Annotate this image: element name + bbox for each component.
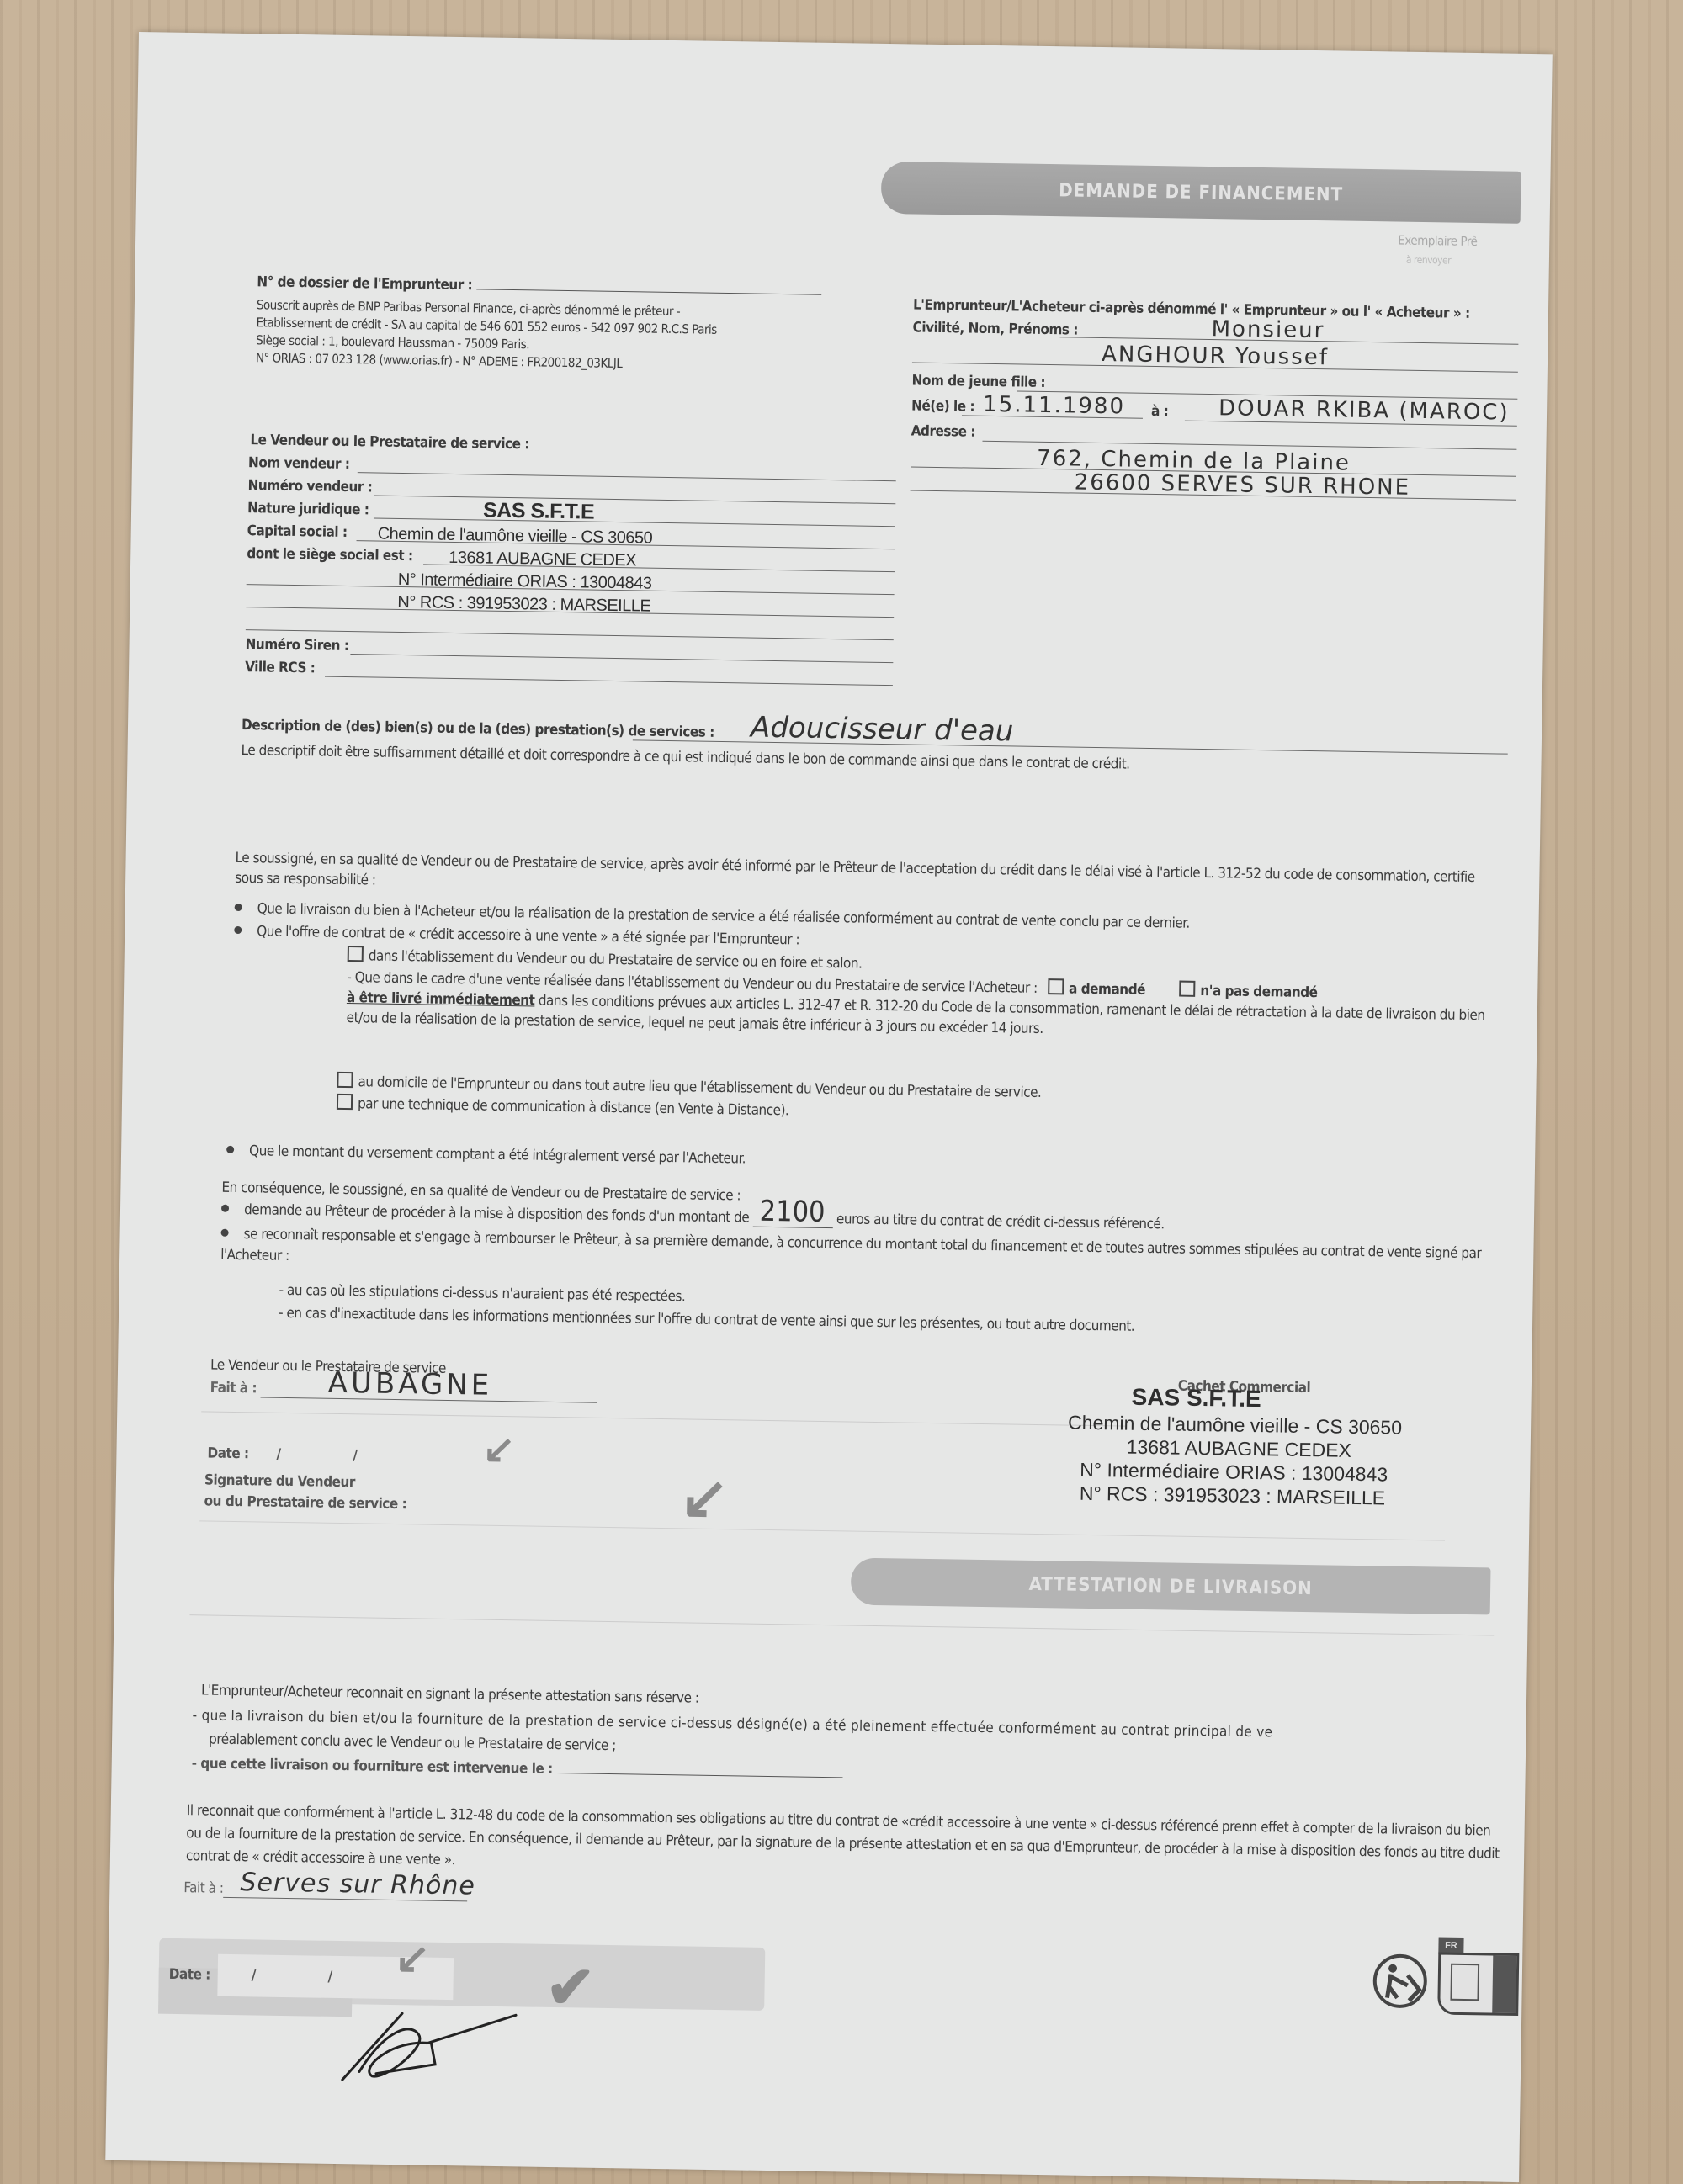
seller-fields: Nom vendeur : Numéro vendeur : Nature ju… — [245, 454, 896, 692]
seller-place-value[interactable]: AUBAGNE — [327, 1366, 492, 1402]
delivery-place-label: Fait à : — [183, 1879, 223, 1897]
borrower-signature — [334, 1996, 538, 2091]
seller-field-label: Nom vendeur : — [248, 454, 350, 473]
bullet-icon — [235, 904, 242, 911]
bin-icon — [1492, 1956, 1516, 2013]
copy-label-text: Exemplaire Prê — [1398, 233, 1477, 249]
dossier-label: N° de dossier de l'Emprunteur : — [257, 273, 821, 300]
seller-field-label: dont le siège social est : — [247, 545, 413, 565]
seller-date-field[interactable]: / / — [276, 1446, 391, 1465]
arrow-down-left-icon: ↙ — [482, 1426, 515, 1472]
arrow-down-left-icon: ↙ — [395, 1933, 431, 1983]
delivery-clause-2-text: - que cette livraison ou fourniture est … — [192, 1755, 553, 1778]
return-label: à renvoyer — [1406, 254, 1451, 267]
delivery-date-label: Date : — [169, 1966, 210, 1984]
description-value[interactable]: Adoucisseur d'eau — [751, 711, 1014, 749]
stamp-line: SAS S.F.T.E — [1131, 1384, 1261, 1413]
option-distance[interactable]: par une technique de communication à dis… — [337, 1094, 789, 1119]
commercial-stamp: Cachet Commercial SAS S.F.T.E Chemin de … — [1033, 1376, 1473, 1525]
civility-value[interactable]: Monsieur — [1211, 316, 1325, 343]
sub-clause: - Que dans le cadre d'une vente réalisée… — [346, 967, 1500, 1047]
civility-label: Civilité, Nom, Prénoms : — [912, 319, 1078, 338]
seller-field-label: Numéro Siren : — [245, 636, 348, 655]
bullet-icon — [221, 1205, 229, 1212]
stamp-line: Chemin de l'aumône vieille - CS 30650 — [1068, 1412, 1402, 1439]
delivery-banner: ATTESTATION DE LIVRAISON — [851, 1558, 1491, 1615]
copy-label: Exemplaire Prê — [1398, 233, 1477, 249]
checkbox-home[interactable] — [337, 1072, 353, 1088]
divider — [199, 1520, 1445, 1540]
seller-field-line[interactable] — [325, 676, 893, 686]
bullet-text: Que le montant du versement comptant a é… — [249, 1142, 746, 1167]
info-tri-icon — [1437, 1953, 1519, 2016]
birth-place-label: à : — [1151, 403, 1169, 420]
certification-intro: Le soussigné, en sa qualité de Vendeur o… — [235, 848, 1506, 909]
header-banner: DEMANDE DE FINANCEMENT — [881, 162, 1521, 224]
birth-date-value[interactable]: 15.11.1980 — [983, 392, 1125, 420]
option-asked-label: a demandé — [1069, 980, 1145, 998]
request-end: euros au titre du contrat de crédit ci-d… — [836, 1211, 1165, 1232]
sub-clause-bold: à être livré immédiatement — [347, 989, 535, 1010]
delivery-clause-2: - que cette livraison ou fourniture est … — [192, 1755, 843, 1782]
document-page: DEMANDE DE FINANCEMENT Exemplaire Prê à … — [105, 32, 1553, 2182]
seller-field-label: Numéro vendeur : — [247, 477, 372, 496]
seller-signature-label-1: Signature du Vendeur — [204, 1471, 355, 1491]
bullet-icon — [226, 1146, 234, 1153]
bullet-icon — [234, 926, 242, 934]
birth-place-value[interactable]: DOUAR RKIBA (MAROC) — [1218, 395, 1510, 425]
stamp-line: N° Intermédiaire ORIAS : 13004843 — [1080, 1459, 1388, 1487]
lender-info: Souscrit auprès de BNP Paribas Personal … — [256, 296, 718, 374]
address-label: Adresse : — [911, 422, 976, 440]
address-value-2[interactable]: 26600 SERVES SUR RHONE — [1074, 470, 1410, 501]
bullet-icon — [221, 1229, 229, 1237]
checkbox-establishment[interactable] — [348, 946, 364, 962]
certification-bullet-3: Que le montant du versement comptant a é… — [226, 1142, 746, 1168]
maiden-label: Nom de jeune fille : — [911, 372, 1045, 390]
divider — [189, 1614, 1494, 1635]
delivery-date-field[interactable] — [556, 1773, 842, 1778]
seller-date-label: Date : — [207, 1445, 248, 1462]
consequence-case-2: - en cas d'inexactitude dans les informa… — [279, 1305, 1134, 1335]
request-start: demande au Prêteur de procéder à la mise… — [244, 1201, 750, 1226]
dossier-field[interactable] — [476, 289, 821, 294]
divider — [201, 1411, 1127, 1426]
consequence-intro: En conséquence, le soussigné, en sa qual… — [221, 1179, 741, 1205]
delivery-place-value[interactable]: Serves sur Rhône — [240, 1868, 475, 1900]
checkmark-icon: ✔ — [545, 1953, 596, 2022]
paper-icon — [1450, 1964, 1479, 2001]
borrower-heading: L'Emprunteur/L'Acheteur ci-après dénommé… — [913, 296, 1470, 321]
amount-value: 2100 — [759, 1195, 825, 1229]
seller-heading: Le Vendeur ou le Prestataire de service … — [250, 432, 529, 453]
birth-label: Né(e) le : — [911, 397, 974, 415]
consequence-case-1: - au cas où les stipulations ci-dessus n… — [279, 1282, 685, 1306]
delivery-intro: L'Emprunteur/Acheteur reconnait en signa… — [201, 1682, 699, 1706]
seller-field-label: Capital social : — [247, 522, 348, 541]
checkbox-distance[interactable] — [337, 1094, 353, 1110]
delivery-date-value[interactable]: / / — [252, 1967, 367, 1985]
checkbox-asked[interactable] — [1048, 978, 1064, 994]
name-value[interactable]: ANGHOUR Youssef — [1102, 342, 1329, 370]
bullet-text: Que l'offre de contrat de « crédit acces… — [257, 923, 799, 948]
stamp-line: N° RCS : 391953023 : MARSEILLE — [1080, 1482, 1386, 1510]
dossier-label-text: N° de dossier de l'Emprunteur : — [257, 273, 472, 294]
stamp-line: 13681 AUBAGNE CEDEX — [1127, 1436, 1352, 1462]
triman-recycling-icon — [1370, 1951, 1430, 2011]
seller-signature-label-2: ou du Prestataire de service : — [204, 1492, 406, 1513]
seller-field-label: Ville RCS : — [245, 659, 316, 676]
seller-field-label: Nature juridique : — [247, 500, 369, 518]
seller-place-label: Fait à : — [210, 1380, 257, 1397]
option-distance-label: par une technique de communication à dis… — [358, 1095, 789, 1119]
description-label: Description de (des) bien(s) ou de la (d… — [242, 717, 714, 741]
arrow-down-left-icon: ↙ — [679, 1462, 730, 1532]
logos: FR — [1370, 1936, 1514, 2014]
delivery-clause-1-cont: préalablement conclu avec le Vendeur ou … — [209, 1731, 616, 1755]
amount-field[interactable]: 2100 — [752, 1210, 832, 1228]
checkbox-not-asked[interactable] — [1179, 981, 1195, 997]
option-not-asked-label: n'a pas demandé — [1200, 983, 1318, 1001]
